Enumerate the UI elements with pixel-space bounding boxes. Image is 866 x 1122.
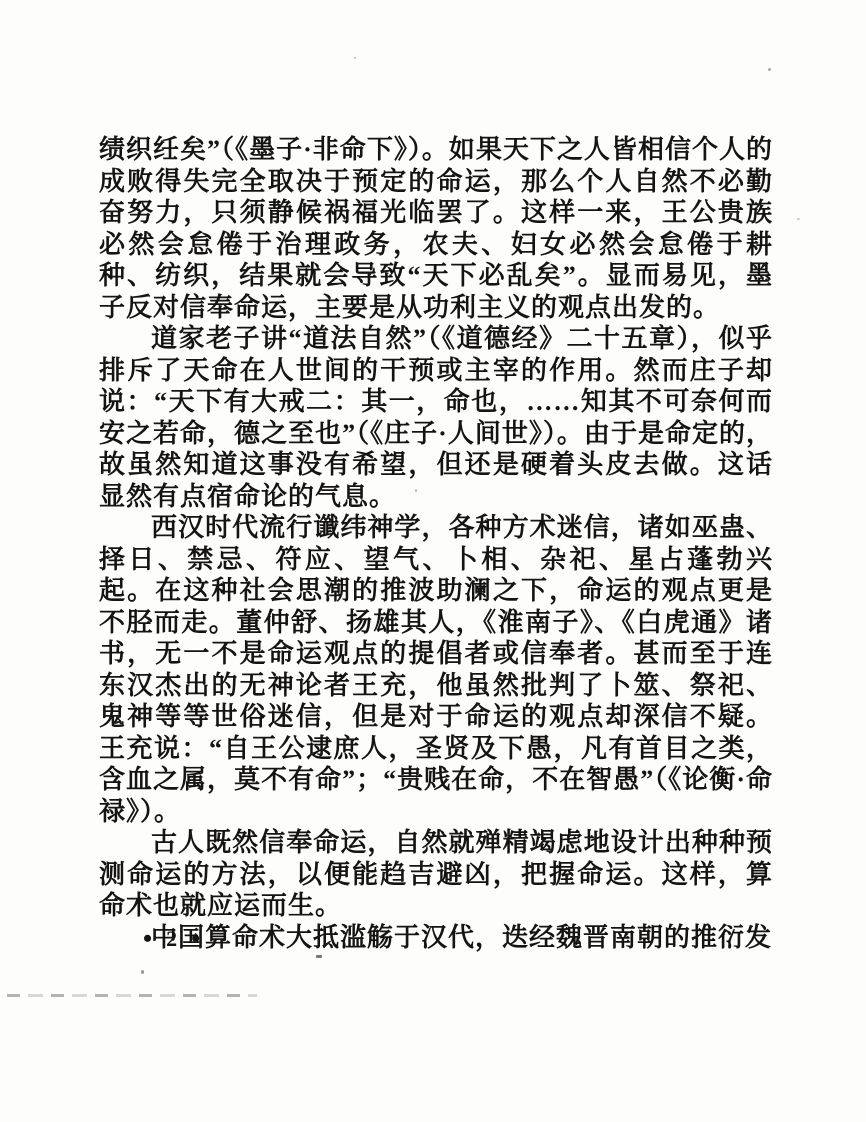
scanned-book-page: 绩织纴矣”（《墨子·非命下》）。如果天下之人皆相信个人的成败得失完全取决于预定的…: [0, 0, 866, 1122]
scan-speck: [415, 489, 417, 492]
paragraph-western-han-wangchong: 西汉时代流行谶纬神学，各种方术迷信，诸如巫蛊、择日、禁忌、符应、望气、卜相、杂祀…: [99, 512, 773, 827]
page-number-right-dot: •: [191, 926, 200, 952]
scan-speck: [354, 57, 356, 59]
scan-speck: [797, 218, 800, 220]
scan-speck: [768, 68, 771, 71]
page-number-value: 2: [166, 926, 177, 952]
scan-speck: [141, 970, 144, 974]
paragraph-continuation-mozi: 绩织纴矣”（《墨子·非命下》）。如果天下之人皆相信个人的成败得失完全取决于预定的…: [99, 134, 773, 323]
page-text-block: 绩织纴矣”（《墨子·非命下》）。如果天下之人皆相信个人的成败得失完全取决于预定的…: [99, 134, 773, 953]
page-number-footer: • 2 •: [143, 926, 200, 952]
paragraph-laozi-zhuangzi: 道家老子讲“道法自然”（《道德经》二十五章），似乎排斥了天命在人世间的干预或主宰…: [99, 323, 773, 512]
page-number-left-dot: •: [143, 926, 152, 952]
paragraph-fortune-telling-origin: 古人既然信奉命运，自然就殚精竭虑地设计出种种预测命运的方法，以便能趋吉避凶，把握…: [99, 827, 773, 922]
scan-artifact-dashed-line: [7, 994, 257, 997]
scan-speck: [316, 955, 322, 958]
